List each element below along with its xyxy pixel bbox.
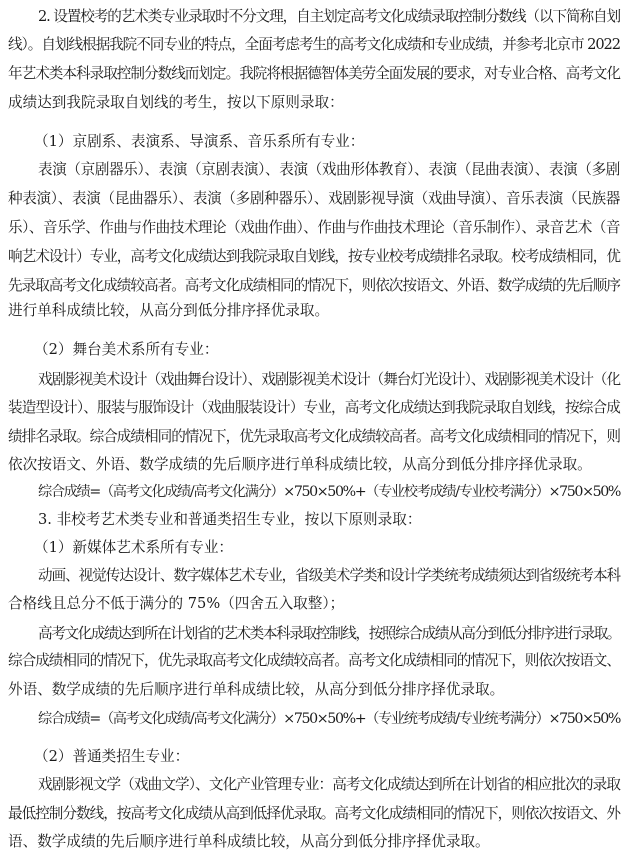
section2-sub1-line-4: 响艺术设计）专业，高考文化成绩达到我院录取自划线，按专业校考成绩排名录取。校考成… [8, 247, 620, 267]
section3-sub1-heading: （1）新媒体艺术系所有专业： [34, 538, 628, 558]
section2-sub1-line-1: 表演（京剧器乐）、表演（京剧表演）、表演（戏曲形体教育）、表演（昆曲表演）、表演… [38, 160, 620, 180]
section2-sub1-line-3: 乐）、音乐学、作曲与作曲技术理论（戏曲作曲）、作曲与作曲技术理论（音乐制作）、录… [8, 218, 620, 238]
section2-line-2: 线）。自划线根据我院不同专业的特点，全面考虑考生的高考文化成绩和专业成绩，并参考… [8, 35, 620, 55]
section3-sub1-line-3: 高考文化成绩达到所在计划省的艺术类本科录取控制线，按照综合成绩从高分到低分排序进… [38, 624, 620, 644]
section2-sub2-line-1: 戏剧影视美术设计（戏曲舞台设计）、戏剧影视美术设计（舞台灯光设计）、戏剧影视美术… [38, 370, 620, 390]
section3-sub1-line-2: 合格线且总分不低于满分的 75%（四舍五入取整）； [8, 594, 620, 614]
section2-line-1: 2. 设置校考的艺术类专业录取时不分文理，自主划定高考文化成绩录取控制分数线（以… [38, 7, 620, 27]
section3-sub1-formula: 综合成绩=（高考文化成绩/高考文化满分）×750×50%+（专业统考成绩/专业统… [38, 709, 620, 729]
section3-sub1-line-5: 外语、数学成绩的先后顺序进行单科成绩比较，从高分到低分排序择优录取。 [8, 680, 620, 700]
section3-sub2-line-2: 最低控制分数线，按高考文化成绩从高到低择优录取。高考文化成绩相同的情况下，则依次… [8, 804, 620, 824]
section2-sub2-formula: 综合成绩=（高考文化成绩/高考文化满分）×750×50%+（专业校考成绩/专业校… [38, 482, 620, 502]
section2-sub1-line-2: 种表演）、表演（昆曲器乐）、表演（多剧种器乐）、戏剧影视导演（戏曲导演）、音乐表… [8, 189, 620, 209]
section2-sub1-line-5: 先录取高考文化成绩较高者。高考文化成绩相同的情况下，则依次按语文、外语、数学成绩… [8, 276, 620, 296]
section3-sub2-heading: （2）普通类招生专业： [34, 747, 628, 767]
section2-line-3: 年艺术类本科录取控制分数线而划定。我院将根据德智体美劳全面发展的要求，对专业合格… [8, 64, 620, 84]
section2-sub1-line-6: 进行单科成绩比较，从高分到低分排序择优录取。 [8, 301, 620, 321]
section2-line-4: 成绩达到我院录取自划线的考生，按以下原则录取： [8, 93, 620, 113]
section2-sub2-line-3: 绩排名录取。综合成绩相同的情况下，优先录取高考文化成绩较高者。高考文化成绩相同的… [8, 427, 620, 447]
section2-sub2-line-2: 装造型设计）、服装与服饰设计（戏曲服装设计）专业，高考文化成绩达到我院录取自划线… [8, 398, 620, 418]
section3-sub2-line-3: 语、数学成绩的先后顺序进行单科成绩比较，从高分到低分排序择优录取。 [8, 832, 620, 852]
section3-sub2-line-1: 戏剧影视文学（戏曲文学）、文化产业管理专业：高考文化成绩达到所在计划省的相应批次… [38, 775, 620, 795]
section3-sub1-line-1: 动画、视觉传达设计、数字媒体艺术专业，省级美术学类和设计学类统考成绩须达到省级统… [38, 566, 620, 586]
section2-sub2-line-4: 依次按语文、外语、数学成绩的先后顺序进行单科成绩比较，从高分到低分排序择优录取。 [8, 455, 620, 475]
section2-sub2-heading: （2）舞台美术系所有专业： [34, 340, 628, 360]
section3-heading: 3. 非校考艺术类专业和普通类招生专业，按以下原则录取： [38, 510, 620, 530]
section3-sub1-line-4: 综合成绩相同的情况下，优先录取高考文化成绩较高者。高考文化成绩相同的情况下，则依… [8, 651, 620, 671]
section2-sub1-heading: （1）京剧系、表演系、导演系、音乐系所有专业： [34, 132, 628, 152]
